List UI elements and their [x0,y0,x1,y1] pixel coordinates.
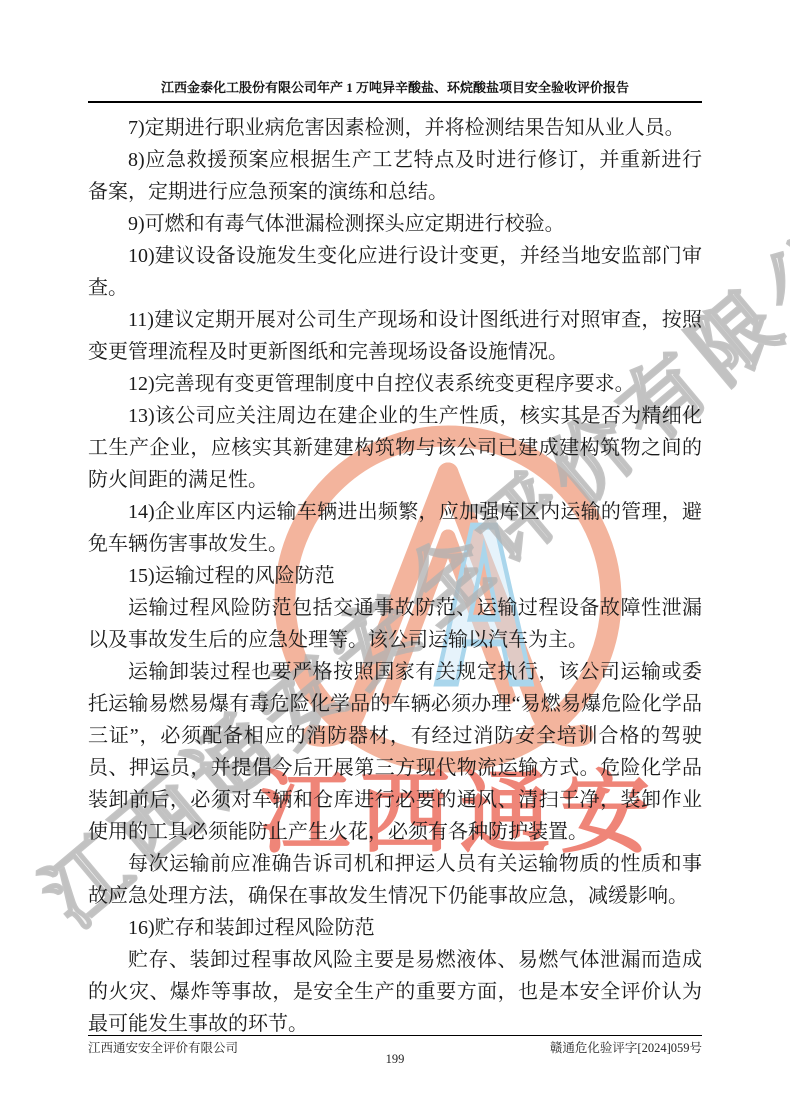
header-divider [88,101,702,103]
document-body: 7)定期进行职业病危害因素检测，并将检测结果告知从业人员。 8)应急救援预案应根… [88,112,702,1040]
body-paragraph: 7)定期进行职业病危害因素检测，并将检测结果告知从业人员。 [88,112,702,144]
body-paragraph: 14)企业库区内运输车辆进出频繁，应加强库区内运输的管理，避免车辆伤害事故发生。 [88,496,702,560]
body-paragraph: 运输过程风险防范包括交通事故防范、运输过程设备故障性泄漏以及事故发生后的应急处理… [88,592,702,656]
body-paragraph: 15)运输过程的风险防范 [88,560,702,592]
body-paragraph: 11)建议定期开展对公司生产现场和设计图纸进行对照审查，按照变更管理流程及时更新… [88,304,702,368]
body-paragraph: 每次运输前应准确告诉司机和押运人员有关运输物质的性质和事故应急处理方法，确保在事… [88,848,702,912]
footer-divider [88,1035,702,1036]
body-paragraph: 10)建议设备设施发生变化应进行设计变更，并经当地安监部门审查。 [88,240,702,304]
page-number: 199 [0,1052,790,1067]
body-paragraph: 运输卸装过程也要严格按照国家有关规定执行，该公司运输或委托运输易燃易爆有毒危险化… [88,656,702,848]
body-paragraph: 贮存、装卸过程事故风险主要是易燃液体、易燃气体泄漏而造成的火灾、爆炸等事故，是安… [88,944,702,1040]
body-paragraph: 8)应急救援预案应根据生产工艺特点及时进行修订，并重新进行备案，定期进行应急预案… [88,144,702,208]
body-paragraph: 9)可燃和有毒气体泄漏检测探头应定期进行校验。 [88,208,702,240]
page-header-title: 江西金泰化工股份有限公司年产 1 万吨异辛酸盐、环烷酸盐项目安全验收评价报告 [0,77,790,96]
body-paragraph: 16)贮存和装卸过程风险防范 [88,912,702,944]
body-paragraph: 12)完善现有变更管理制度中自控仪表系统变更程序要求。 [88,368,702,400]
report-page: A 江西通安安全评价有限公司 江西通安 江西金泰化工股份有限公司年产 1 万吨异… [0,0,790,1118]
body-paragraph: 13)该公司应关注周边在建企业的生产性质，核实其是否为精细化工生产企业，应核实其… [88,400,702,496]
